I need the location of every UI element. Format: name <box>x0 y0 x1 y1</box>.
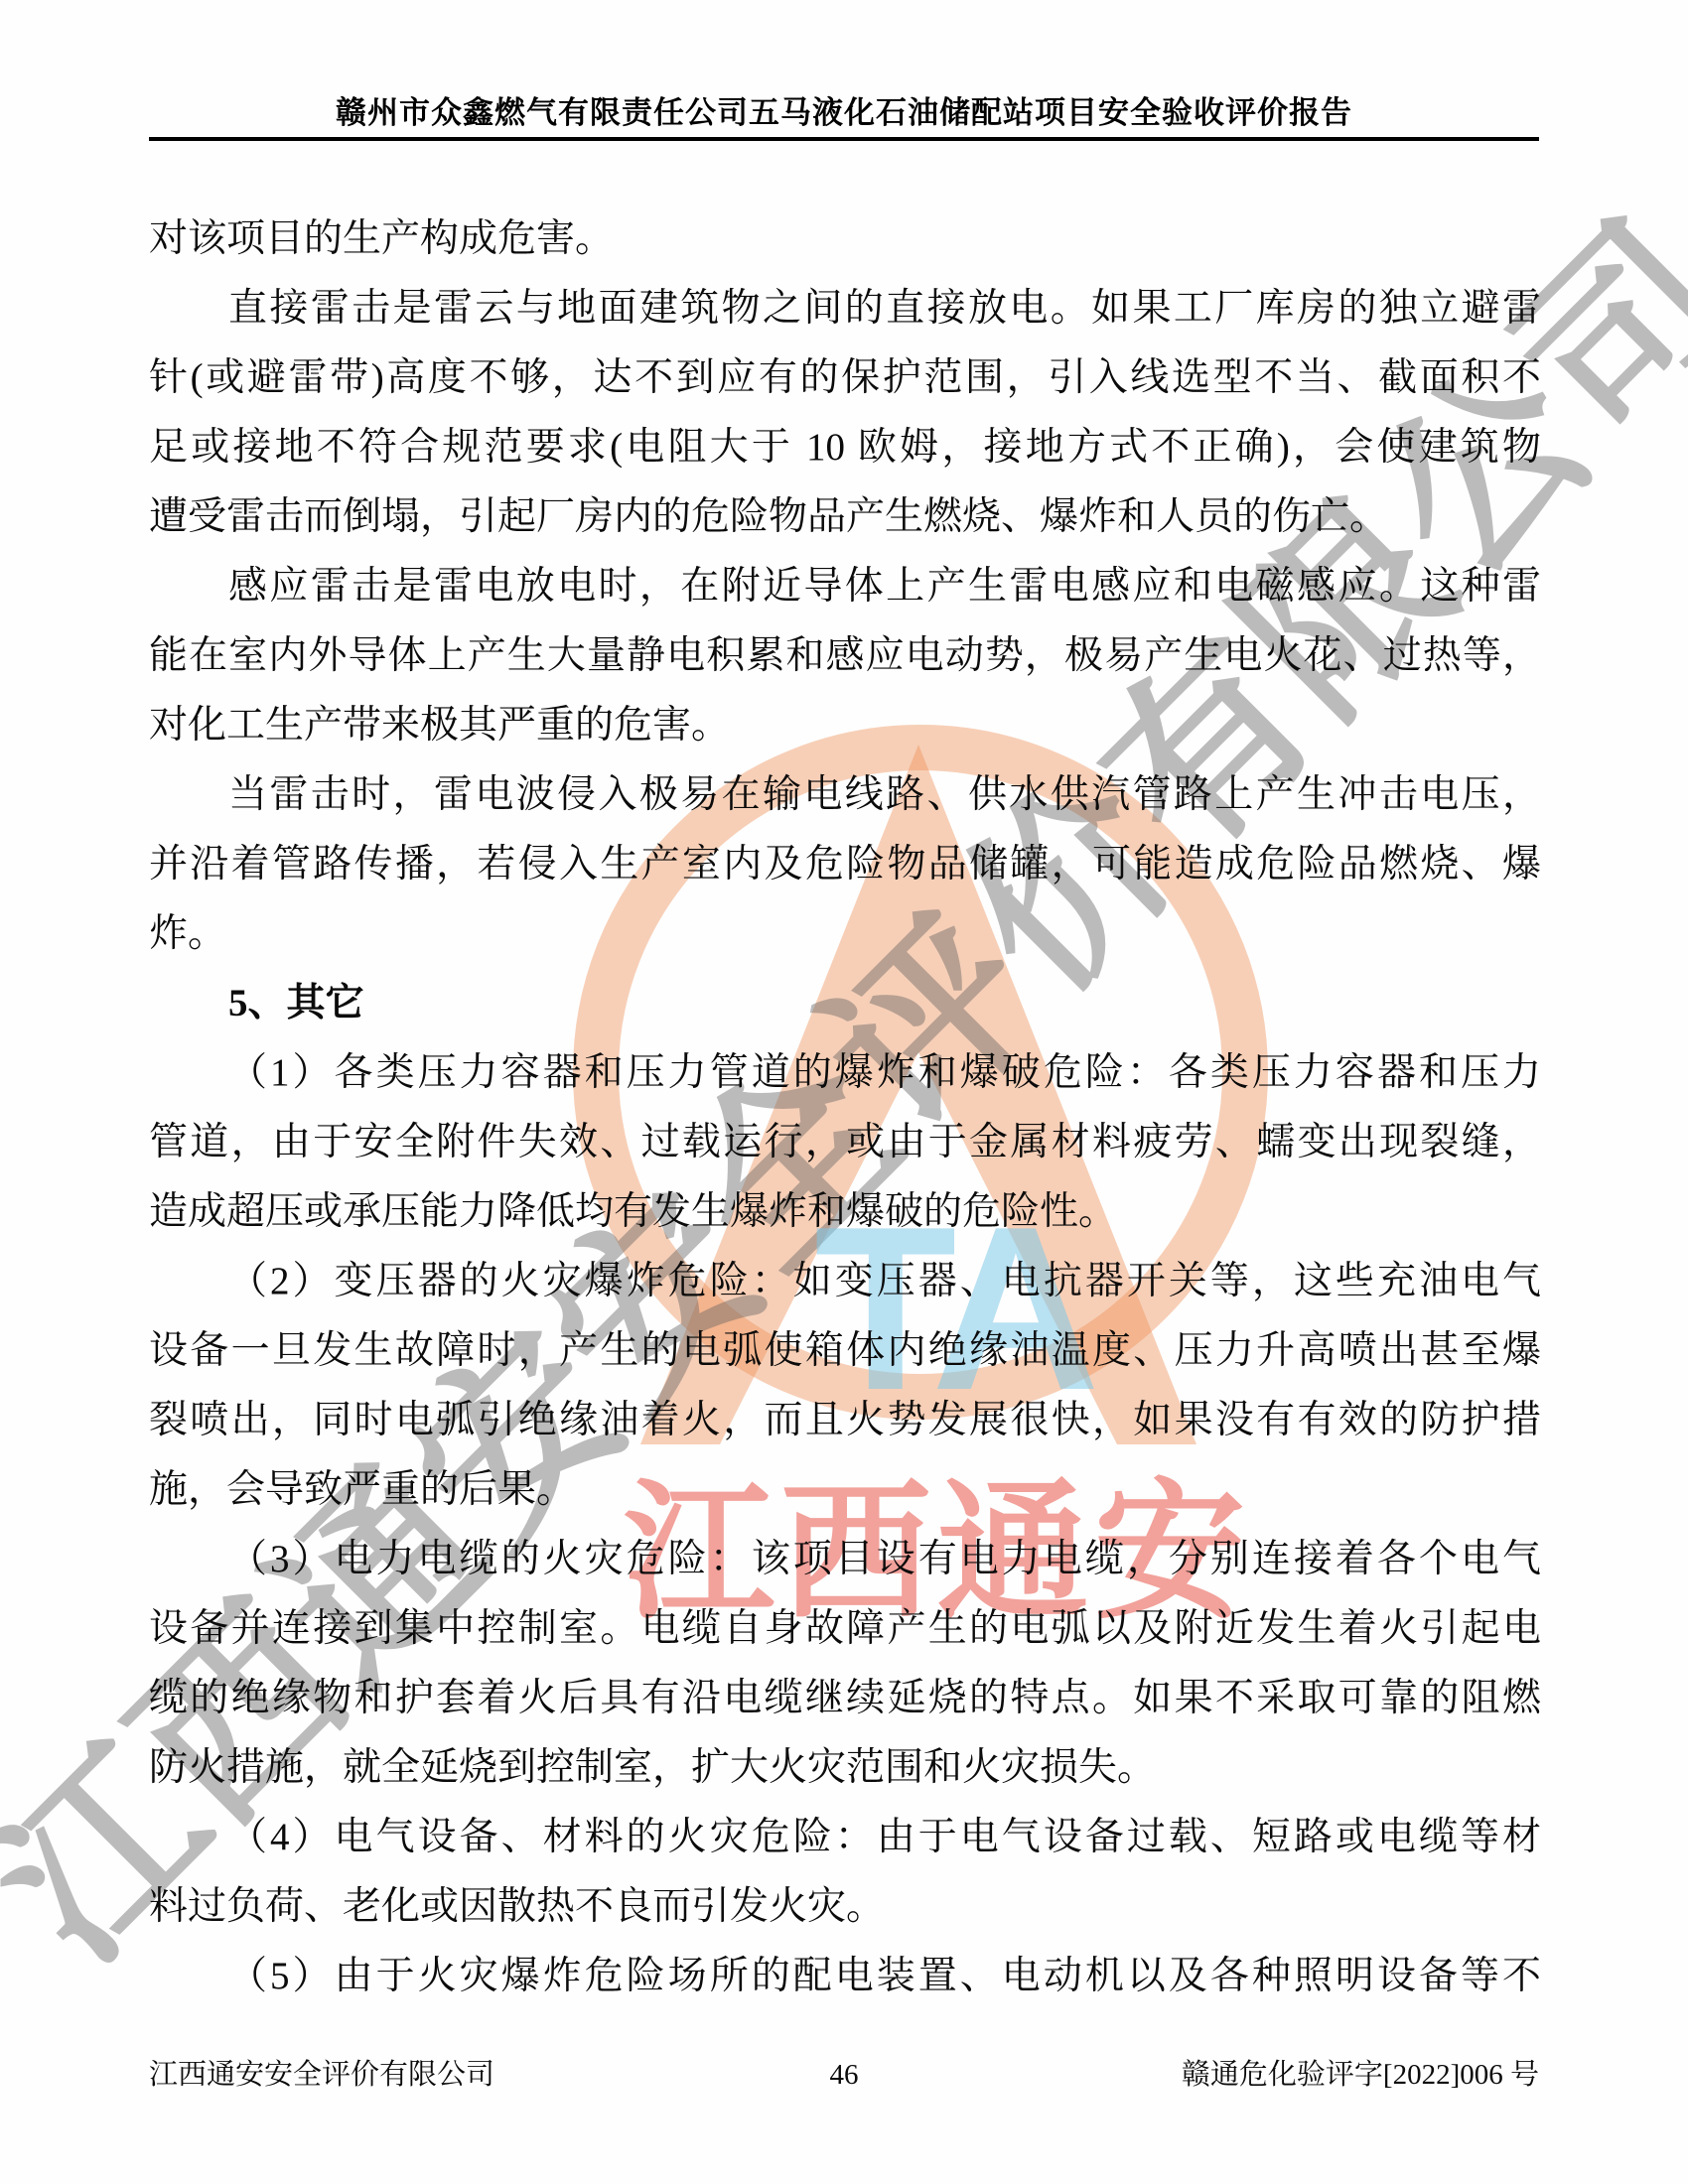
report-header-title: 赣州市众鑫燃气有限责任公司五马液化石油储配站项目安全验收评价报告 <box>149 87 1539 132</box>
body-line: （5）由于火灾爆炸危险场所的配电装置、电动机以及各种照明设备等不 <box>149 1942 1541 2011</box>
body-line: 设备一旦发生故障时，产生的电弧使箱体内绝缘油温度、压力升高喷出甚至爆 <box>149 1316 1541 1386</box>
header-rule <box>149 137 1539 141</box>
footer-page-number: 46 <box>830 2055 859 2095</box>
body-line: 裂喷出，同时电弧引绝缘油着火，而且火势发展很快，如果没有有效的防护措 <box>149 1386 1541 1455</box>
body-line: 料过负荷、老化或因散热不良而引发火灾。 <box>149 1872 1541 1942</box>
body-line: 遭受雷击而倒塌，引起厂房内的危险物品产生燃烧、爆炸和人员的伤亡。 <box>149 482 1541 552</box>
body-line: （1）各类压力容器和压力管道的爆炸和爆破危险：各类压力容器和压力 <box>149 1038 1541 1108</box>
body-line: 管道，由于安全附件失效、过载运行，或由于金属材料疲劳、蠕变出现裂缝， <box>149 1108 1541 1177</box>
body-line: （4）电气设备、材料的火灾危险：由于电气设备过载、短路或电缆等材 <box>149 1803 1541 1872</box>
body-line: 感应雷击是雷电放电时，在附近导体上产生雷电感应和电磁感应。这种雷 <box>149 552 1541 621</box>
section-heading: 5、其它 <box>149 969 1541 1038</box>
body-line: 并沿着管路传播，若侵入生产室内及危险物品储罐，可能造成危险品燃烧、爆 <box>149 830 1541 899</box>
body-line: 针(或避雷带)高度不够，达不到应有的保护范围，引入线选型不当、截面积不 <box>149 343 1541 413</box>
body-line: 设备并连接到集中控制室。电缆自身故障产生的电弧以及附近发生着火引起电 <box>149 1594 1541 1664</box>
body-line: 施，会导致严重的后果。 <box>149 1455 1541 1525</box>
footer-company: 江西通安安全评价有限公司 <box>149 2055 494 2095</box>
body-line: 防火措施，就全延烧到控制室，扩大火灾范围和火灾损失。 <box>149 1733 1541 1803</box>
footer-doc-number: 赣通危化验评字[2022]006 号 <box>1182 2055 1539 2095</box>
body-line: 造成超压或承压能力降低均有发生爆炸和爆破的危险性。 <box>149 1177 1541 1247</box>
body-line: 对该项目的生产构成危害。 <box>149 205 1541 274</box>
body-line: 足或接地不符合规范要求(电阻大于 10 欧姆，接地方式不正确)，会使建筑物 <box>149 413 1541 482</box>
body-line: （3）电力电缆的火灾危险：该项目设有电力电缆，分别连接着各个电气 <box>149 1525 1541 1594</box>
body-line: 对化工生产带来极其严重的危害。 <box>149 691 1541 760</box>
page-footer: 江西通安安全评价有限公司 46 赣通危化验评字[2022]006 号 <box>149 2055 1539 2095</box>
body-line: 缆的绝缘物和护套着火后具有沿电缆继续延烧的特点。如果不采取可靠的阻燃 <box>149 1664 1541 1733</box>
body-line: 直接雷击是雷云与地面建筑物之间的直接放电。如果工厂库房的独立避雷 <box>149 274 1541 343</box>
body-line: 能在室内外导体上产生大量静电积累和感应电动势，极易产生电火花、过热等， <box>149 621 1541 691</box>
body-text: 对该项目的生产构成危害。 直接雷击是雷云与地面建筑物之间的直接放电。如果工厂库房… <box>149 205 1541 2011</box>
body-line: 炸。 <box>149 899 1541 969</box>
body-line: 当雷击时，雷电波侵入极易在输电线路、供水供汽管路上产生冲击电压， <box>149 760 1541 830</box>
body-line: （2）变压器的火灾爆炸危险：如变压器、电抗器开关等，这些充油电气 <box>149 1247 1541 1316</box>
report-page: { "header": { "title": "赣州市众鑫燃气有限责任公司五马液… <box>0 0 1688 2184</box>
